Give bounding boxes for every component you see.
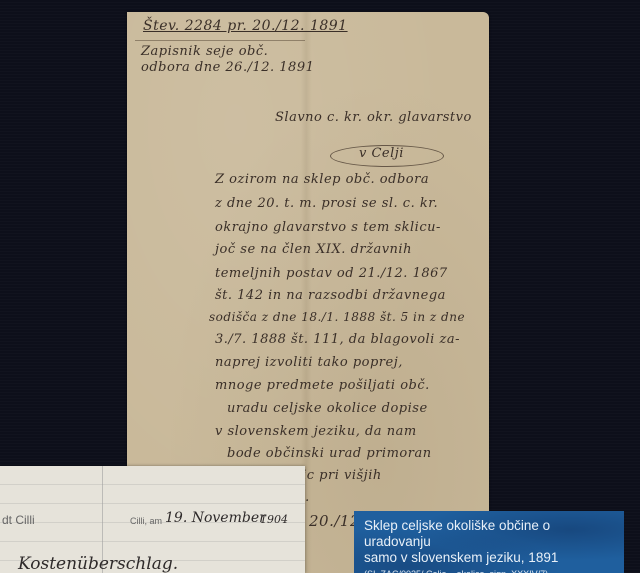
card-heading: Kostenüberschlag. [18,554,178,573]
body-line: sodišča z dne 18./1. 1888 št. 5 in z dne [209,310,465,324]
body-line: naprej izvoliti tako poprej, [215,355,403,370]
body-line: okrajno glavarstvo s tem sklicu- [215,220,441,235]
body-line: z dne 20. t. m. prosi se sl. c. kr. [215,196,438,211]
addressee-line1: Slavno c. kr. okr. glavarstvo [275,110,472,125]
body-line: v slovenskem jeziku, da nam [215,424,417,439]
body-line: bode občinski urad primoran [227,446,432,461]
minutes-note-line1: Zapisnik seje obč. [141,44,268,59]
overlapping-letterhead-card: dt Cilli Cilli, am 19. November 1904 Kos… [0,466,305,573]
caption-title-line1: Sklep celjske okoliške občine o uradovan… [364,518,616,550]
addressee-line2: v Celji [359,146,404,161]
caption-reference: (SI_ZAC/0025/ Celje – okolica, sign. XXX… [364,569,616,573]
body-line: uradu celjske okolice dopise [227,401,428,416]
card-date: 19. November [165,510,266,526]
card-year: 1904 [260,513,288,526]
caption-title-line2: samo v slovenskem jeziku, 1891 [364,550,616,566]
minutes-note-line2: odbora dne 26./12. 1891 [141,60,314,75]
body-line: 3./7. 1888 št. 111, da blagovoli za- [215,332,460,347]
body-line: mnoge predmete pošiljati obč. [215,378,430,393]
body-line: joč se na člen XIX. državnih [215,242,412,257]
body-line: temeljnih postav od 21./12. 1867 [215,266,448,281]
body-line: Z ozirom na sklep obč. odbora [215,172,429,187]
exhibit-caption-label: Sklep celjske okoliške občine o uradovan… [354,511,624,573]
card-place-prefix: Cilli, am [130,516,162,526]
document-number: Štev. 2284 pr. 20./12. 1891 [143,18,348,34]
card-printed-city: dt Cilli [2,513,35,527]
header-divider [135,40,305,41]
body-line: št. 142 in na razsodbi državnega [215,288,446,303]
